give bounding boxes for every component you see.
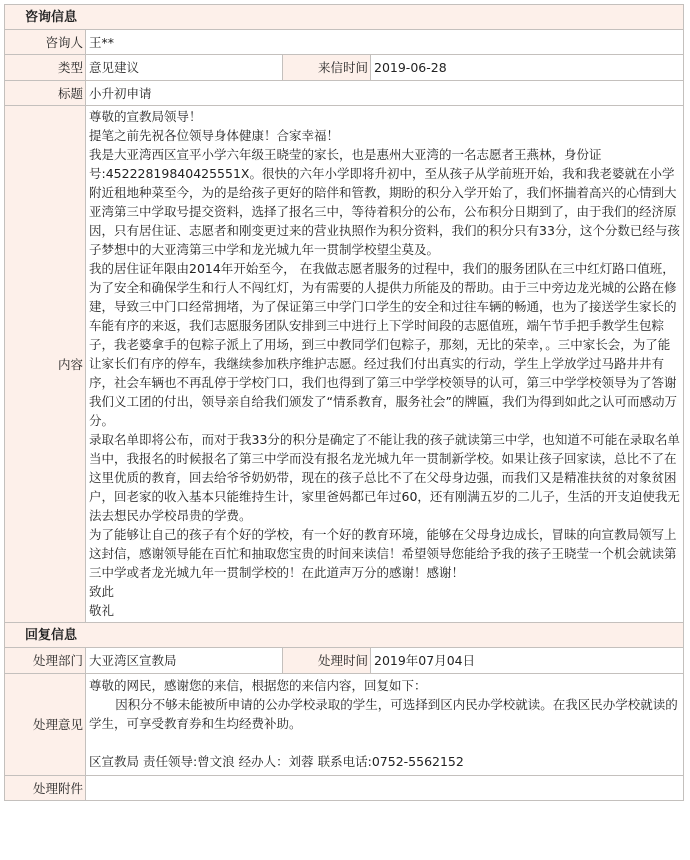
letter-detail-table: 咨询信息 咨询人 王** 类型 意见建议 来信时间 2019-06-28 标题 … xyxy=(4,4,684,801)
handling-time-label: 处理时间 xyxy=(283,648,371,674)
type-value: 意见建议 xyxy=(86,55,283,81)
consult-section-header-row: 咨询信息 xyxy=(5,5,684,30)
content-paragraph: 我的居住证年限由2014年开始至今， 在我做志愿者服务的过程中，我们的服务团队在… xyxy=(89,259,680,430)
opinion-label: 处理意见 xyxy=(5,674,86,776)
reply-spacer xyxy=(89,733,680,752)
content-paragraph: 录取名单即将公布，而对于我33分的积分是确定了不能让我的孩子就读第三中学，也知道… xyxy=(89,430,680,525)
content-row: 内容 尊敬的宣教局领导！ 提笔之前先祝各位领导身体健康！合家幸福！ 我是大亚湾西… xyxy=(5,106,684,623)
reply-greeting: 尊敬的网民，感谢您的来信，根据您的来信内容，回复如下： xyxy=(89,676,680,695)
attachment-value xyxy=(86,776,684,801)
requester-label: 咨询人 xyxy=(5,30,86,55)
letter-date-value: 2019-06-28 xyxy=(371,55,684,81)
attachment-label: 处理附件 xyxy=(5,776,86,801)
opinion-row: 处理意见 尊敬的网民，感谢您的来信，根据您的来信内容，回复如下： 因积分不够未能… xyxy=(5,674,684,776)
requester-row: 咨询人 王** xyxy=(5,30,684,55)
content-paragraph: 提笔之前先祝各位领导身体健康！合家幸福！ xyxy=(89,126,680,145)
letter-detail-panel: 咨询信息 咨询人 王** 类型 意见建议 来信时间 2019-06-28 标题 … xyxy=(4,4,683,801)
content-paragraph: 为了能够让自己的孩子有个好的学校，有一个好的教育环境，能够在父母身边成长，冒昧的… xyxy=(89,525,680,582)
letter-content: 尊敬的宣教局领导！ 提笔之前先祝各位领导身体健康！合家幸福！ 我是大亚湾西区宣平… xyxy=(86,106,684,623)
subject-value: 小升初申请 xyxy=(86,81,684,106)
reply-section-header-row: 回复信息 xyxy=(5,623,684,648)
reply-opinion: 尊敬的网民，感谢您的来信，根据您的来信内容，回复如下： 因积分不够未能被所申请的… xyxy=(86,674,684,776)
dept-time-row: 处理部门 大亚湾区宣教局 处理时间 2019年07月04日 xyxy=(5,648,684,674)
handling-time-value: 2019年07月04日 xyxy=(371,648,684,674)
handling-dept-label: 处理部门 xyxy=(5,648,86,674)
requester-value: 王** xyxy=(86,30,684,55)
consult-section-title: 咨询信息 xyxy=(5,5,684,30)
content-paragraph: 我是大亚湾西区宣平小学六年级王晓莹的家长，也是惠州大亚湾的一名志愿者王燕林，身份… xyxy=(89,145,680,259)
type-date-row: 类型 意见建议 来信时间 2019-06-28 xyxy=(5,55,684,81)
handling-dept-value: 大亚湾区宣教局 xyxy=(86,648,283,674)
content-label: 内容 xyxy=(5,106,86,623)
reply-section-title: 回复信息 xyxy=(5,623,684,648)
content-paragraph: 尊敬的宣教局领导！ xyxy=(89,107,680,126)
type-label: 类型 xyxy=(5,55,86,81)
content-paragraph: 敬礼 xyxy=(89,601,680,620)
letter-date-label: 来信时间 xyxy=(283,55,371,81)
reply-body: 因积分不够未能被所申请的公办学校录取的学生，可选择到区内民办学校就读。在我区民办… xyxy=(89,695,680,733)
subject-label: 标题 xyxy=(5,81,86,106)
content-paragraph: 致此 xyxy=(89,582,680,601)
subject-row: 标题 小升初申请 xyxy=(5,81,684,106)
attachment-row: 处理附件 xyxy=(5,776,684,801)
reply-signature: 区宣教局 责任领导:曾文浪 经办人：刘蓉 联系电话:0752-5562152 xyxy=(89,752,680,771)
